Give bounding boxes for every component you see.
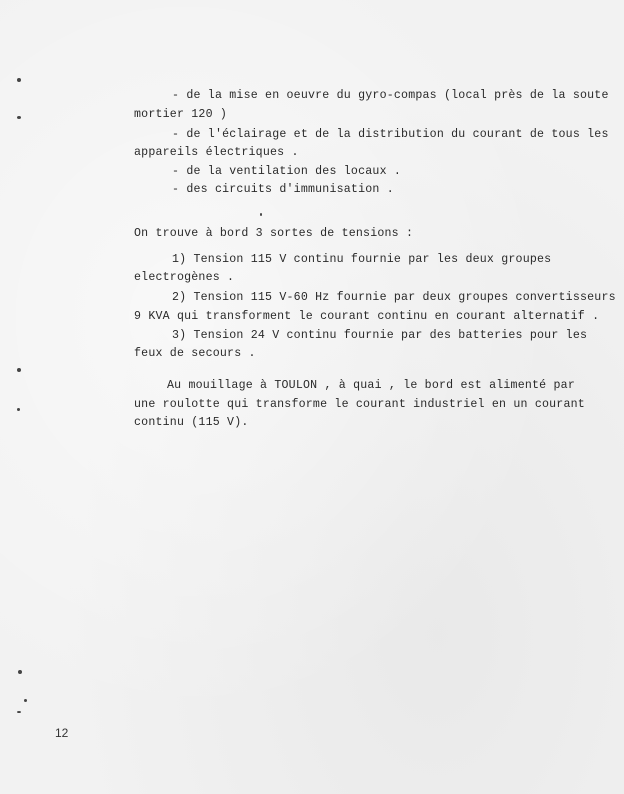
text-line: Au mouillage à TOULON , à quai , le bord… bbox=[167, 379, 575, 393]
text-line: 3) Tension 24 V continu fournie par des … bbox=[172, 329, 587, 343]
text-line: - des circuits d'immunisation . bbox=[172, 183, 394, 197]
text-line: electrogènes . bbox=[134, 271, 234, 285]
scan-speck bbox=[17, 116, 21, 119]
text-line: On trouve à bord 3 sortes de tensions : bbox=[134, 227, 413, 241]
scan-speck bbox=[17, 408, 20, 411]
scan-speck bbox=[260, 213, 262, 216]
page-number: 12 bbox=[55, 726, 68, 740]
scan-speck bbox=[17, 78, 21, 82]
scan-speck bbox=[17, 368, 21, 372]
text-line: continu (115 V). bbox=[134, 416, 249, 430]
text-line: - de la mise en oeuvre du gyro-compas (l… bbox=[172, 89, 609, 103]
scan-speck bbox=[18, 670, 22, 674]
text-line: 1) Tension 115 V continu fournie par les… bbox=[172, 253, 551, 267]
text-line: - de l'éclairage et de la distribution d… bbox=[172, 128, 609, 142]
text-line: 2) Tension 115 V-60 Hz fournie par deux … bbox=[172, 291, 616, 305]
document-page: - de la mise en oeuvre du gyro-compas (l… bbox=[0, 0, 624, 794]
text-line: appareils électriques . bbox=[134, 146, 299, 160]
text-line: - de la ventilation des locaux . bbox=[172, 165, 401, 179]
text-line: mortier 120 ) bbox=[134, 108, 227, 122]
scan-speck bbox=[17, 711, 21, 713]
text-line: une roulotte qui transforme le courant i… bbox=[134, 398, 585, 412]
text-line: 9 KVA qui transforment le courant contin… bbox=[134, 310, 599, 324]
scan-speck bbox=[24, 699, 27, 702]
text-line: feux de secours . bbox=[134, 347, 256, 361]
